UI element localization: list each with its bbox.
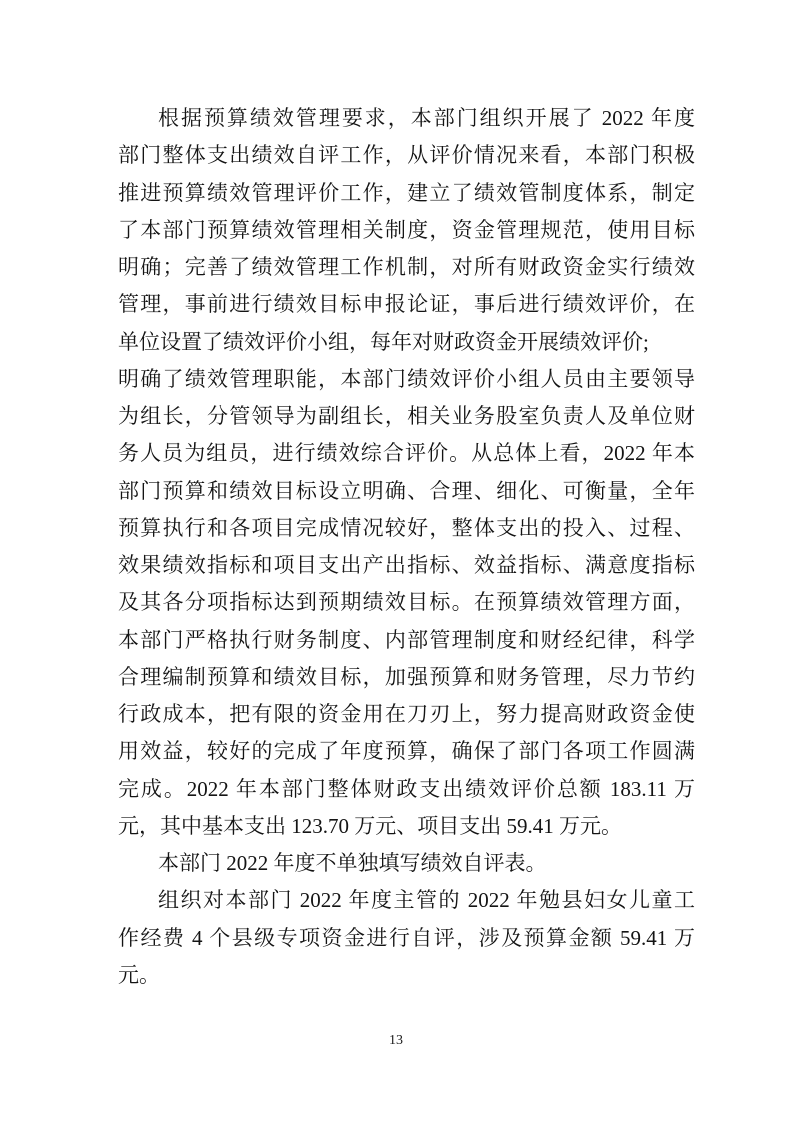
text-line: 部门整体支出绩效自评工作，从评价情况来看，本部门积极 — [118, 137, 695, 174]
page-number: 13 — [0, 1031, 792, 1051]
text-line: 明确了绩效管理职能，本部门绩效评价小组人员由主要领导 — [118, 361, 695, 398]
text-line: 本部门严格执行财务制度、内部管理制度和财经纪律，科学 — [118, 622, 695, 659]
text-line: 推进预算绩效管理评价工作，建立了绩效管制度体系，制定 — [118, 175, 695, 212]
text-line: 了本部门预算绩效管理相关制度，资金管理规范，使用目标 — [118, 212, 695, 249]
text-line: 明确；完善了绩效管理工作机制，对所有财政资金实行绩效 — [118, 249, 695, 286]
text-line: 效果绩效指标和项目支出产出指标、效益指标、满意度指标 — [118, 547, 695, 584]
text-line: 预算执行和各项目完成情况较好，整体支出的投入、过程、 — [118, 510, 695, 547]
text-lines: 根据预算绩效管理要求，本部门组织开展了 2022 年度部门整体支出绩效自评工作，… — [118, 100, 695, 994]
text-line: 元，其中基本支出 123.70 万元、项目支出 59.41 万元。 — [118, 808, 695, 845]
text-line: 管理，事前进行绩效目标申报论证，事后进行绩效评价，在 — [118, 286, 695, 323]
text-line: 务人员为组员，进行绩效综合评价。从总体上看，2022 年本 — [118, 435, 695, 472]
text-line: 元。 — [118, 957, 695, 994]
text-line: 组织对本部门 2022 年度主管的 2022 年勉县妇女儿童工 — [118, 882, 695, 919]
text-line: 行政成本，把有限的资金用在刀刃上，努力提高财政资金使 — [118, 696, 695, 733]
text-line: 完成。2022 年本部门整体财政支出绩效评价总额 183.11 万 — [118, 771, 695, 808]
text-line: 及其各分项指标达到预期绩效目标。在预算绩效管理方面， — [118, 584, 695, 621]
text-line: 部门预算和绩效目标设立明确、合理、细化、可衡量，全年 — [118, 473, 695, 510]
text-line: 单位设置了绩效评价小组，每年对财政资金开展绩效评价; — [118, 324, 695, 361]
text-line: 用效益，较好的完成了年度预算，确保了部门各项工作圆满 — [118, 733, 695, 770]
document-page: 根据预算绩效管理要求，本部门组织开展了 2022 年度部门整体支出绩效自评工作，… — [0, 0, 792, 1121]
text-line: 为组长，分管领导为副组长，相关业务股室负责人及单位财 — [118, 398, 695, 435]
text-line: 作经费 4 个县级专项资金进行自评，涉及预算金额 59.41 万 — [118, 920, 695, 957]
text-line: 本部门 2022 年度不单独填写绩效自评表。 — [118, 845, 695, 882]
text-line: 根据预算绩效管理要求，本部门组织开展了 2022 年度 — [118, 100, 695, 137]
text-line: 合理编制预算和绩效目标，加强预算和财务管理，尽力节约 — [118, 659, 695, 696]
